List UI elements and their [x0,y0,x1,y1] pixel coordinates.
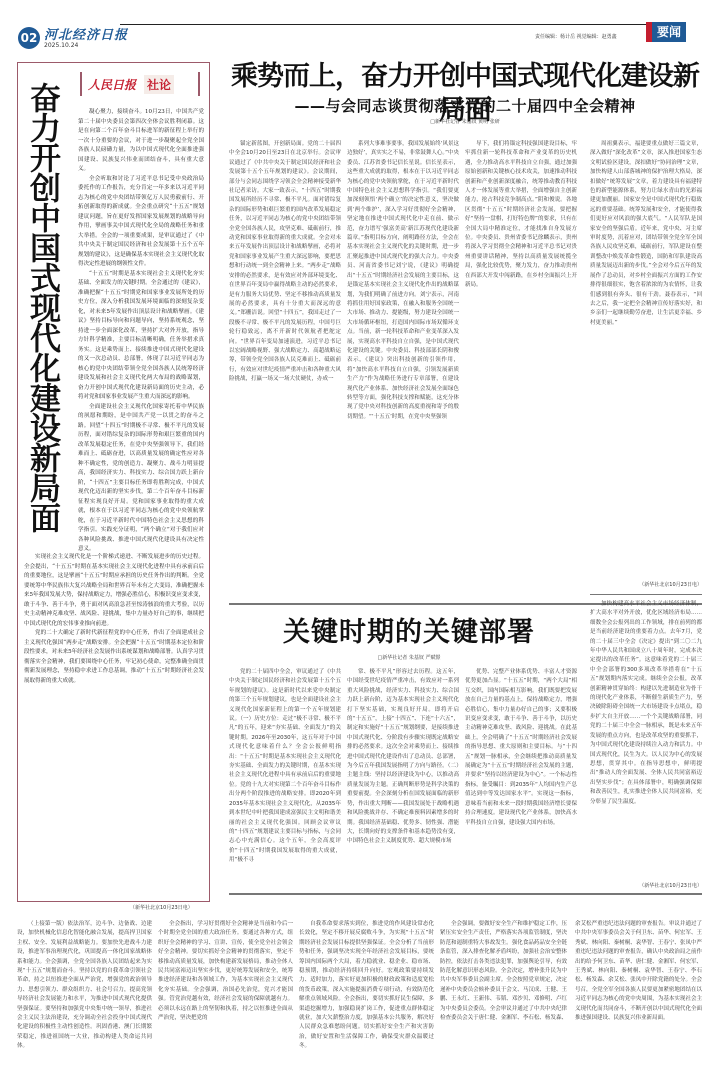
article-divider-lower [229,893,702,895]
continuation-column-2: 全会指出，学习好贯彻好全会精神是当前和今后一个时期全党全国的重大政治任务。要通过… [158,920,293,1080]
column-text: 导下，我们将锚定科技强国建设目标，牢牢抓住新一轮科技革命和产业变革的历史机遇，全… [465,140,577,291]
editorial-paragraph: “十五五”时期是基本实现社会主义现代化夯实基础、全面发力的关键时期。全会通过的《… [78,270,204,403]
column-text: （上接第一版）依法治军，边斗争、边备战、边建设，加快机械化信息化智能化融合发展，… [17,920,152,1052]
editorial-tag: 社论 [144,75,174,94]
second-article-credit: （新华社北京10月23日电） [590,882,702,892]
column-text: 系列大事难事要事，我国发展始终‘风景这边独好’，真实实之不易，非常鼓舞人心。”中… [347,140,459,422]
column-text: 党的二十届四中全会，审议通过了《中共中央关于制定国民经济和社会发展第十五个五年规… [229,668,341,866]
editorial-body-bottom: 实现社会主义现代化是一个阶梯式递进、不断发展进步的历史过程。全会提出，“十五五”… [24,553,204,686]
column-text: 全会指出，学习好贯彻好全会精神是当前和今后一个时期全党全国的重大政治任务。要通过… [158,920,293,1023]
editorial-vertical-title: 奋力开创中国式现代化建设新局面 [23,82,59,532]
main-article-credit: （新华社北京10月23日电） [590,581,702,591]
continuation-column-4: 全会强调，要做好安全生产和维护稳定工作，压紧压实安全生产责任，严格落实各项监管制… [440,920,702,1080]
section-tag: 要闻 [646,22,686,42]
main-article-column-3: 导下，我们将锚定科技强国建设目标，牢牢抓住新一轮科技革命和产业变革的历史机遇，全… [465,140,577,598]
column-text: 全会强调，要做好安全生产和维护稳定工作，压紧压实安全生产责任，严格落实各项监管制… [440,920,702,1023]
issue-date: 2025.10.24 [44,42,78,49]
editorial-source-logo: 人民日报 社论 [80,72,200,96]
newspaper-logo: 河北经济日报 [44,24,128,43]
column-text: 加快构建高水平社会主义市场经济体制，扩大高水平对外开放，优化区域经济布局……细数… [590,600,702,807]
section-tag-label: 要闻 [652,22,686,42]
masthead: 02 河北经济日报 2025.10.24 责任编辑：杨计岳 视觉编辑：赵勇鑫 要… [0,0,708,46]
peoples-daily-logo: 人民日报 [88,76,136,93]
main-subheadline: ——与会同志谈贯彻落实党的二十届四中全会精神 [229,96,701,116]
column-text: 常、极不平凡”形容过去历程。这五年，中国经受世纪疫情严重冲击，有效应对一系列重大… [347,668,459,847]
main-article-column-2: 系列大事难事要事，我国发展始终‘风景这边独好’，真实实之不易，非常鼓舞人心。”中… [347,140,459,598]
editorial-body-top: 凝心聚力，接续奋斗。10月23日，中国共产党第二十届中央委员会第四次全体会议胜利… [78,108,204,555]
second-article-column-1: 党的二十届四中全会，审议通过了《中共中央关于制定国民经济和社会发展第十五个五年规… [229,668,341,880]
second-article-column-3: 优势、完整产业体系优势、丰富人才资源优势更加凸显。“十五五”时期，“两个大局”相… [465,668,577,880]
column-text: 锚定新蓝图，开创新局面。党的二十届四中全会10月20日至23日在北京举行。会议审… [229,140,341,385]
column-divider [590,594,702,595]
editorial-paragraph: 党的二十大确定了新时代新征程党的中心任务，作出了全面建成社会主义现代化强国“两步… [24,629,204,686]
main-byline: □新华社记者 朱基钗 黄明 张研 [229,118,701,125]
editorial-paragraph: 全面建设社会主义现代化国家寄托着中华民族的夙愿和期盼，是中国共产党一以贯之的奋斗… [78,403,204,555]
column-text: 优势、完整产业体系优势、丰富人才资源优势更加凸显。“十五五”时期，“两个大局”相… [465,668,577,828]
second-article-column-2: 常、极不平凡”形容过去历程。这五年，中国经受世纪疫情严重冲击，有效应对一系列重大… [347,668,459,880]
second-headline: 关键时期的关键部署 [229,616,589,650]
masthead-divider [120,24,680,25]
editorial-credit: （新华社北京10月23日电） [130,904,193,911]
page-number-badge: 02 [18,27,40,49]
continuation-column-1: （上接第一版）依法治军，边斗争、边备战、边建设，加快机械化信息化智能化融合发展，… [17,920,152,1080]
editor-credits: 责任编辑：杨计岳 视觉编辑：赵勇鑫 [535,33,617,40]
column-text: 周祖翼表示，福建要重点做好三篇文章，深入做好“深化改革”文章，深入推进国家生态文… [590,140,702,328]
main-article-column-1: 锚定新蓝图，开创新局面。党的二十届四中全会10月20日至23日在北京举行。会议审… [229,140,341,598]
column-text: 自我革命要求落实到位，推进党的作风建设常态化长效化，坚定不移开展反腐败斗争，为实… [299,920,434,1052]
editorial-paragraph: 实现社会主义现代化是一个阶梯式递进、不断发展进步的历史过程。全会提出，“十五五”… [24,553,204,629]
editorial-paragraph: 全会听取和讨论了习近平总书记受中央政治局委托作的工作报告，充分肯定一年多来以习近… [78,175,204,270]
second-byline: □新华社记者 朱基钗 严赋憬 [229,654,589,661]
continuation-column-3: 自我革命要求落实到位，推进党的作风建设常态化长效化，坚定不移开展反腐败斗争，为实… [299,920,434,1080]
second-article-column-4: 加快构建高水平社会主义市场经济体制，扩大高水平对外开放，优化区域经济布局……细数… [590,600,702,880]
editorial-paragraph: 凝心聚力，接续奋斗。10月23日，中国共产党第二十届中央委员会第四次全体会议胜利… [78,108,204,175]
main-article-column-4: 周祖翼表示，福建要重点做好三篇文章，深入做好“深化改革”文章，深入推进国家生态文… [590,140,702,580]
